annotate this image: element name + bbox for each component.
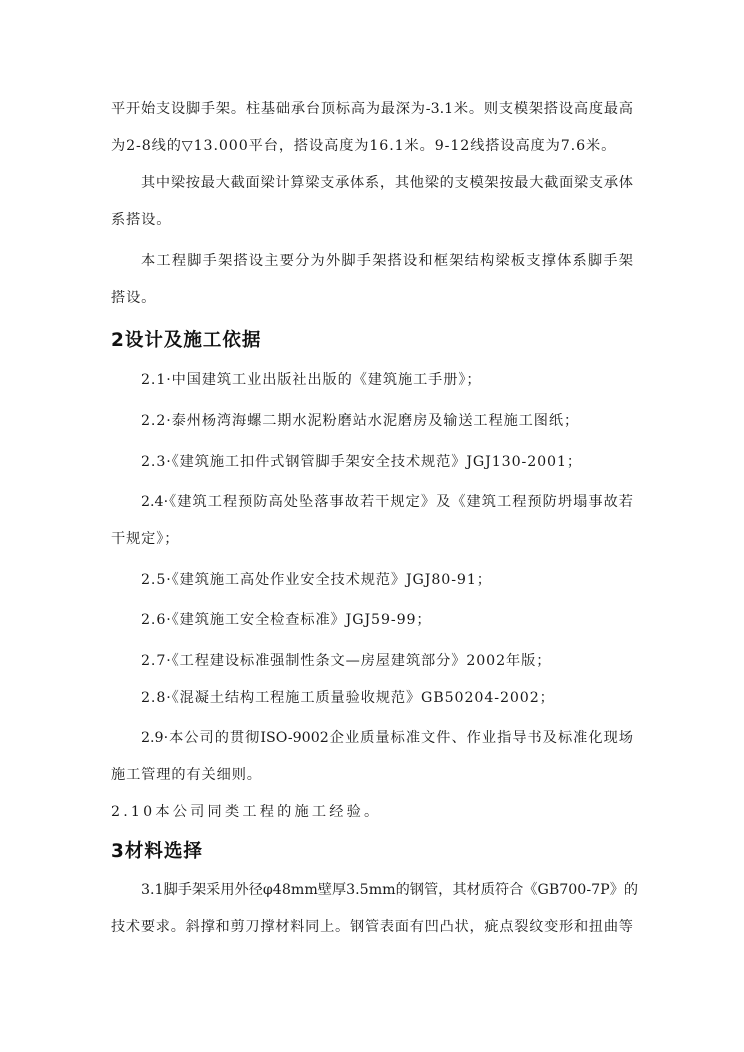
paragraph-line: 系搭设。: [111, 210, 171, 230]
reference-item: 2.10本公司同类工程的施工经验。: [111, 802, 381, 822]
paragraph-line: 3.1脚手架采用外径φ48mm壁厚3.5mm的钢管，其材质符合《GB700-7P…: [111, 880, 633, 900]
reference-item: 2.1·中国建筑工业出版社出版的《建筑施工手册》；: [111, 370, 481, 390]
reference-item: 2.4·《建筑工程预防高处坠落事故若干规定》及《建筑工程预防坍塌事故若: [111, 492, 633, 512]
paragraph-line: 平开始支设脚手架。柱基础承台顶标高为最深为-3.1米。则支模架搭设高度最高: [111, 99, 633, 119]
paragraph-line: 本工程脚手架搭设主要分为外脚手架搭设和框架结构梁板支撑体系脚手架: [111, 251, 633, 271]
reference-item: 2.5·《建筑施工高处作业安全技术规范》JGJ80-91；: [111, 570, 492, 590]
section-heading-3: 3材料选择: [111, 840, 203, 864]
reference-item: 2.9·本公司的贯彻ISO-9002企业质量标准文件、作业指导书及标准化现场: [111, 728, 633, 748]
paragraph-line: 技术要求。斜撑和剪刀撑材料同上。钢管表面有凹凸状，疵点裂纹变形和扭曲等: [111, 917, 633, 937]
reference-item-continuation: 施工管理的有关细则。: [111, 765, 262, 785]
paragraph-line: 搭设。: [111, 288, 156, 308]
reference-item: 2.3·《建筑施工扣件式钢管脚手架安全技术规范》JGJ130-2001；: [111, 452, 582, 472]
paragraph-line: 其中梁按最大截面梁计算梁支承体系，其他梁的支模架按最大截面梁支承体: [111, 173, 633, 193]
reference-item: 2.8·《混凝土结构工程施工质量验收规范》GB50204-2002；: [111, 688, 555, 708]
reference-item: 2.6·《建筑施工安全检查标准》JGJ59-99；: [111, 610, 432, 630]
paragraph-line: 为2-8线的▽13.000平台，搭设高度为16.1米。9-12线搭设高度为7.6…: [111, 136, 616, 156]
section-heading-2: 2设计及施工依据: [111, 329, 261, 353]
reference-item: 2.2·泰州杨湾海螺二期水泥粉磨站水泥磨房及输送工程施工图纸；: [111, 411, 579, 431]
reference-item-continuation: 干规定》；: [111, 529, 179, 549]
reference-item: 2.7·《工程建设标准强制性条文—房屋建筑部分》2002年版；: [111, 651, 551, 671]
